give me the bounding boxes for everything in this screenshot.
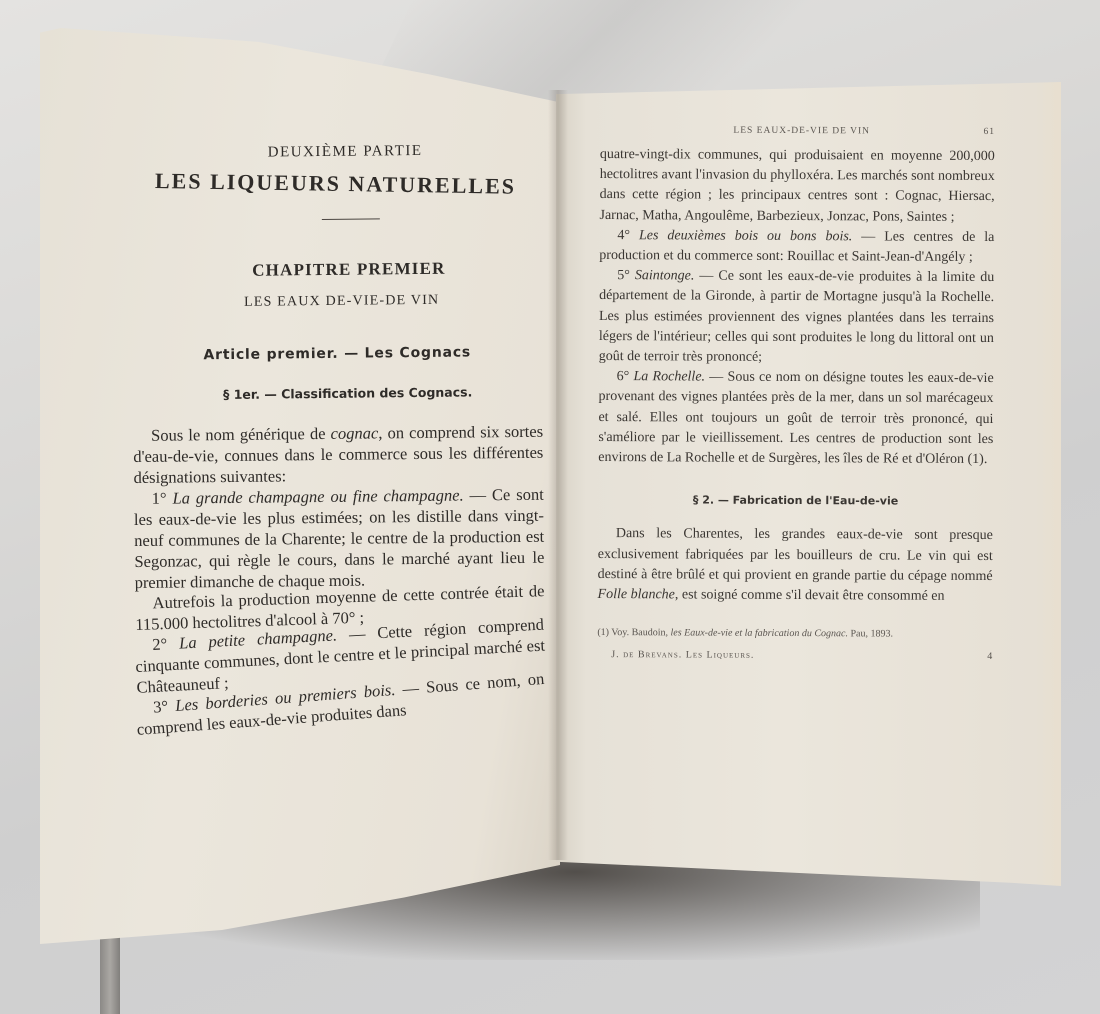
paragraph-italic: cognac	[331, 423, 379, 442]
signature-mark: 4	[987, 651, 992, 662]
paragraph-italic: La grande champagne ou fine champagne.	[172, 486, 463, 508]
printer-signature: J. de Brevans. Les Liqueurs.	[611, 649, 754, 661]
section-title-fabrication: § 2. — Fabrication de l'Eau-de-vie	[598, 490, 993, 512]
title-rule-divider	[322, 218, 380, 220]
book-gutter	[548, 90, 568, 860]
paragraph-intro: Sous le nom générique de cognac, on comp…	[133, 421, 544, 488]
left-page-content: DEUXIÈME PARTIE LES LIQUEURS NATURELLES …	[130, 136, 546, 740]
part-label: DEUXIÈME PARTIE	[130, 142, 540, 163]
paragraph-text: Dans les Charentes, les grandes eaux-de-…	[598, 527, 993, 584]
paragraph-grande-champagne: 1° La grande champagne ou fine champagne…	[134, 484, 545, 593]
paragraph-text: quatre-vingt-dix communes, qui produisai…	[599, 147, 994, 224]
list-number: 3°	[153, 696, 176, 717]
paragraph-la-rochelle: 6° La Rochelle. — Sous ce nom on désigne…	[598, 367, 994, 470]
paragraph-text: , est soigné comme s'il devait être cons…	[675, 587, 945, 603]
paragraph-italic: Les deuxièmes bois ou bons bois.	[639, 228, 852, 244]
section-title: § 1er. — Classification des Cognacs.	[133, 384, 543, 403]
paragraph-italic: La Rochelle.	[634, 369, 706, 384]
paragraph-bons-bois: 4° Les deuxièmes bois ou bons bois. — Le…	[599, 226, 994, 268]
list-number: 5°	[617, 268, 635, 283]
footnote-text: Pau, 1893.	[848, 629, 893, 640]
footnote: (1) Voy. Baudoin, les Eaux-de-vie et la …	[597, 627, 992, 641]
paragraph-italic: Folle blanche	[598, 587, 675, 602]
page-footer: J. de Brevans. Les Liqueurs. 4	[597, 649, 992, 662]
right-page-content: LES EAUX-DE-VIE DE VIN 61 quatre-vingt-d…	[597, 125, 995, 662]
page-number: 61	[983, 127, 995, 137]
right-body-text: quatre-vingt-dix communes, qui produisai…	[597, 145, 994, 607]
paragraph-italic: Saintonge.	[635, 268, 695, 283]
list-number: 2°	[152, 634, 180, 654]
paragraph-text: Sous le nom générique de	[151, 424, 331, 445]
running-head: LES EAUX-DE-VIE DE VIN 61	[600, 125, 995, 137]
left-body-text: Sous le nom générique de cognac, on comp…	[133, 421, 546, 740]
list-number: 1°	[152, 489, 173, 508]
part-title: LES LIQUEURS NATURELLES	[130, 168, 540, 200]
list-number: 4°	[617, 228, 639, 243]
paragraph-saintonge: 5° Saintonge. — Ce sont les eaux-de-vie …	[599, 266, 995, 369]
article-title: Article premier. — Les Cognacs	[132, 344, 542, 364]
chapter-title: CHAPITRE PREMIER	[131, 258, 541, 282]
footnote-italic: les Eaux-de-vie et la fabrication du Cog…	[670, 628, 848, 640]
paragraph-fabrication: Dans les Charentes, les grandes eaux-de-…	[597, 524, 992, 607]
running-head-title: LES EAUX-DE-VIE DE VIN	[600, 125, 984, 137]
list-number: 6°	[617, 369, 634, 384]
footnote-marker: (1) Voy. Baudoin,	[597, 627, 670, 638]
paragraph-continuation: quatre-vingt-dix communes, qui produisai…	[599, 145, 994, 228]
chapter-subtitle: LES EAUX DE-VIE-DE VIN	[132, 292, 542, 312]
